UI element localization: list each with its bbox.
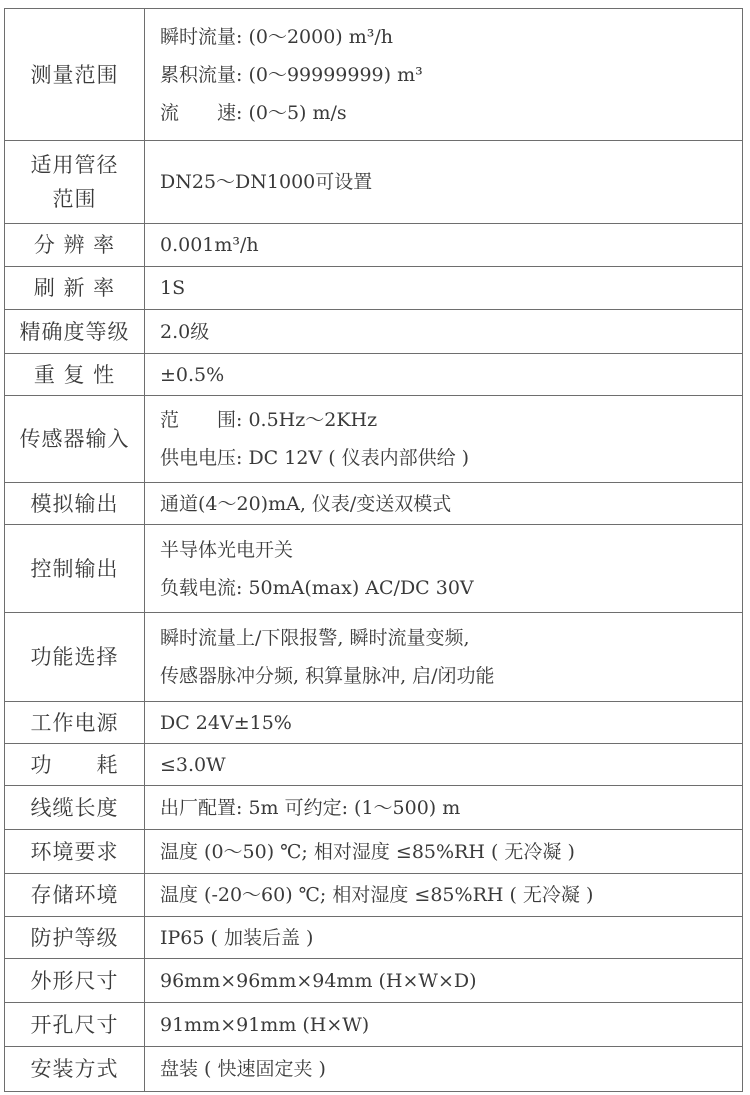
- spec-value-cell: 瞬时流量上/下限报警, 瞬时流量变频,传感器脉冲分频, 积算量脉冲, 启/闭功能: [145, 613, 743, 702]
- spec-label: 刷 新 率: [5, 271, 144, 305]
- spec-row: 存储环境温度 (-20～60) ℃; 相对湿度 ≤85%RH ( 无冷凝 ): [5, 874, 743, 917]
- spec-label: 外形尺寸: [5, 964, 144, 998]
- spec-label-cell: 功能选择: [5, 613, 145, 702]
- spec-label: 适用管径: [5, 148, 144, 182]
- spec-row: 外形尺寸96mm×96mm×94mm (H×W×D): [5, 959, 743, 1003]
- spec-value: 范 围: 0.5Hz～2KHz: [160, 401, 742, 439]
- spec-value-cell: 96mm×96mm×94mm (H×W×D): [145, 959, 743, 1003]
- spec-value: 传感器脉冲分频, 积算量脉冲, 启/闭功能: [160, 657, 742, 695]
- spec-row: 测量范围瞬时流量: (0～2000) m³/h累积流量: (0～99999999…: [5, 9, 743, 141]
- spec-label: 传感器输入: [5, 422, 144, 456]
- spec-label: 功 耗: [5, 748, 144, 782]
- spec-value-cell: DC 24V±15%: [145, 702, 743, 744]
- spec-label-cell: 重 复 性: [5, 354, 145, 396]
- spec-value-cell: IP65 ( 加装后盖 ): [145, 917, 743, 959]
- spec-value: 供电电压: DC 12V ( 仪表内部供给 ): [160, 439, 742, 477]
- spec-label: 控制输出: [5, 552, 144, 586]
- spec-row: 分 辨 率0.001m³/h: [5, 224, 743, 267]
- spec-label: 分 辨 率: [5, 228, 144, 262]
- spec-row: 模拟输出通道(4～20)mA, 仪表/变送双模式: [5, 483, 743, 525]
- spec-label: 工作电源: [5, 706, 144, 740]
- spec-label: 重 复 性: [5, 358, 144, 392]
- spec-row: 环境要求温度 (0～50) ℃; 相对湿度 ≤85%RH ( 无冷凝 ): [5, 830, 743, 874]
- spec-row: 功能选择瞬时流量上/下限报警, 瞬时流量变频,传感器脉冲分频, 积算量脉冲, 启…: [5, 613, 743, 702]
- spec-row: 适用管径范围DN25～DN1000可设置: [5, 141, 743, 224]
- spec-value: DN25～DN1000可设置: [160, 163, 742, 201]
- spec-value: 91mm×91mm (H×W): [160, 1006, 742, 1044]
- spec-label-cell: 刷 新 率: [5, 267, 145, 310]
- spec-value-cell: 温度 (0～50) ℃; 相对湿度 ≤85%RH ( 无冷凝 ): [145, 830, 743, 874]
- spec-label-cell: 精确度等级: [5, 310, 145, 354]
- spec-value: 96mm×96mm×94mm (H×W×D): [160, 962, 742, 1000]
- spec-value-cell: 91mm×91mm (H×W): [145, 1003, 743, 1047]
- spec-value: 半导体光电开关: [160, 531, 742, 569]
- spec-label-cell: 线缆长度: [5, 786, 145, 830]
- spec-value: IP65 ( 加装后盖 ): [160, 919, 742, 957]
- spec-label: 安装方式: [5, 1052, 144, 1086]
- spec-value: 2.0级: [160, 313, 742, 351]
- spec-row: 精确度等级2.0级: [5, 310, 743, 354]
- spec-value-cell: 1S: [145, 267, 743, 310]
- spec-value: 通道(4～20)mA, 仪表/变送双模式: [160, 485, 742, 523]
- spec-label: 测量范围: [5, 58, 144, 92]
- spec-label: 范围: [5, 182, 144, 216]
- spec-label-cell: 工作电源: [5, 702, 145, 744]
- spec-label-cell: 防护等级: [5, 917, 145, 959]
- spec-row: 防护等级IP65 ( 加装后盖 ): [5, 917, 743, 959]
- spec-value: 温度 (0～50) ℃; 相对湿度 ≤85%RH ( 无冷凝 ): [160, 833, 742, 871]
- spec-row: 开孔尺寸91mm×91mm (H×W): [5, 1003, 743, 1047]
- spec-value-cell: 通道(4～20)mA, 仪表/变送双模式: [145, 483, 743, 525]
- spec-label: 精确度等级: [5, 315, 144, 349]
- spec-value-cell: 出厂配置: 5m 可约定: (1～500) m: [145, 786, 743, 830]
- spec-value: 出厂配置: 5m 可约定: (1～500) m: [160, 789, 742, 827]
- spec-label-cell: 传感器输入: [5, 396, 145, 483]
- spec-row: 工作电源DC 24V±15%: [5, 702, 743, 744]
- spec-value-cell: 盘装 ( 快速固定夹 ): [145, 1047, 743, 1092]
- spec-value: ≤3.0W: [160, 746, 742, 784]
- spec-value: DC 24V±15%: [160, 704, 742, 742]
- spec-value-cell: 2.0级: [145, 310, 743, 354]
- spec-value-cell: 0.001m³/h: [145, 224, 743, 267]
- spec-value-cell: ±0.5%: [145, 354, 743, 396]
- spec-value: 流 速: (0～5) m/s: [160, 94, 742, 132]
- spec-row: 功 耗≤3.0W: [5, 744, 743, 786]
- spec-value-cell: 范 围: 0.5Hz～2KHz供电电压: DC 12V ( 仪表内部供给 ): [145, 396, 743, 483]
- spec-label-cell: 测量范围: [5, 9, 145, 141]
- spec-label-cell: 外形尺寸: [5, 959, 145, 1003]
- spec-label-cell: 控制输出: [5, 525, 145, 613]
- spec-value: 温度 (-20～60) ℃; 相对湿度 ≤85%RH ( 无冷凝 ): [160, 876, 742, 914]
- spec-value-cell: ≤3.0W: [145, 744, 743, 786]
- spec-value: 1S: [160, 269, 742, 307]
- spec-table-body: 测量范围瞬时流量: (0～2000) m³/h累积流量: (0～99999999…: [5, 9, 743, 1092]
- spec-row: 刷 新 率1S: [5, 267, 743, 310]
- spec-row: 安装方式盘装 ( 快速固定夹 ): [5, 1047, 743, 1092]
- spec-label-cell: 适用管径范围: [5, 141, 145, 224]
- spec-value-cell: 半导体光电开关负载电流: 50mA(max) AC/DC 30V: [145, 525, 743, 613]
- spec-value: 0.001m³/h: [160, 226, 742, 264]
- spec-label: 开孔尺寸: [5, 1008, 144, 1042]
- spec-value: 盘装 ( 快速固定夹 ): [160, 1050, 742, 1088]
- spec-value-cell: DN25～DN1000可设置: [145, 141, 743, 224]
- spec-label: 防护等级: [5, 921, 144, 955]
- spec-label-cell: 环境要求: [5, 830, 145, 874]
- spec-value: ±0.5%: [160, 356, 742, 394]
- spec-label-cell: 模拟输出: [5, 483, 145, 525]
- spec-label-cell: 安装方式: [5, 1047, 145, 1092]
- spec-value: 瞬时流量: (0～2000) m³/h: [160, 18, 742, 56]
- spec-value: 累积流量: (0～99999999) m³: [160, 56, 742, 94]
- spec-value-cell: 温度 (-20～60) ℃; 相对湿度 ≤85%RH ( 无冷凝 ): [145, 874, 743, 917]
- spec-label-cell: 开孔尺寸: [5, 1003, 145, 1047]
- spec-label-cell: 分 辨 率: [5, 224, 145, 267]
- spec-value: 负载电流: 50mA(max) AC/DC 30V: [160, 569, 742, 607]
- spec-row: 控制输出半导体光电开关负载电流: 50mA(max) AC/DC 30V: [5, 525, 743, 613]
- spec-label: 模拟输出: [5, 487, 144, 521]
- spec-label-cell: 存储环境: [5, 874, 145, 917]
- spec-value-cell: 瞬时流量: (0～2000) m³/h累积流量: (0～99999999) m³…: [145, 9, 743, 141]
- spec-row: 重 复 性±0.5%: [5, 354, 743, 396]
- spec-label: 环境要求: [5, 835, 144, 869]
- spec-label: 存储环境: [5, 878, 144, 912]
- spec-row: 传感器输入范 围: 0.5Hz～2KHz供电电压: DC 12V ( 仪表内部供…: [5, 396, 743, 483]
- spec-label: 功能选择: [5, 640, 144, 674]
- spec-row: 线缆长度出厂配置: 5m 可约定: (1～500) m: [5, 786, 743, 830]
- spec-table: 测量范围瞬时流量: (0～2000) m³/h累积流量: (0～99999999…: [4, 8, 743, 1092]
- spec-value: 瞬时流量上/下限报警, 瞬时流量变频,: [160, 619, 742, 657]
- spec-label-cell: 功 耗: [5, 744, 145, 786]
- spec-label: 线缆长度: [5, 791, 144, 825]
